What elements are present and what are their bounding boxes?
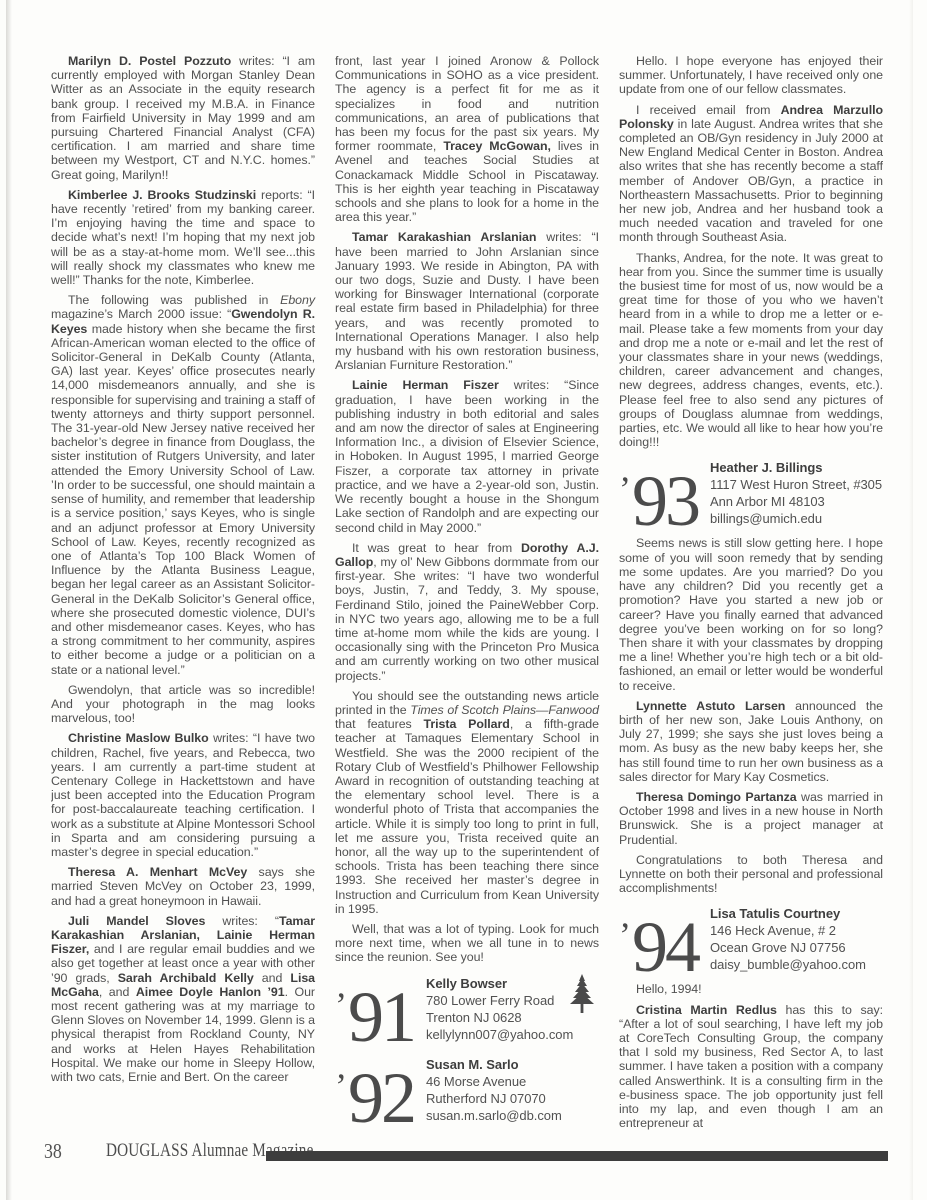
paragraph: Christine Maslow Bulko writes: “I have t… [51,731,315,859]
body-text: and [254,971,291,985]
body-text: has this to say: “After a lot of soul se… [619,1003,883,1131]
class-year-apostrophe: ’ [335,985,347,1025]
class-year-numeral: ’92 [335,1057,414,1127]
class-correspondent: Heather J. Billings1117 West Huron Stree… [710,458,882,527]
alumna-name: Theresa A. Menhart McVey [68,865,247,879]
body-text: Well, that was a lot of typing. Look for… [335,922,599,964]
alumna-name: Aimee Doyle Hanlon ’91 [136,985,285,999]
class-year-numeral: ’94 [619,906,698,976]
text-column-3: Hello. I hope everyone has enjoyed their… [619,54,883,1146]
body-text: , and [99,985,136,999]
body-text: , my ol’ New Gibbons dormmate from our f… [335,555,599,683]
correspondent-name: Heather J. Billings [710,459,882,476]
body-text: writes: “I am currently employed with Mo… [51,54,315,182]
correspondent-address-line: Ocean Grove NJ 07756 [710,939,866,956]
body-text: Gwendolyn, that article was so incredibl… [51,683,315,725]
correspondent-address-line: 46 Morse Avenue [426,1073,562,1090]
paragraph: Congratulations to both Theresa and Lynn… [619,853,883,896]
alumna-name: Lainie Herman Fiszer [352,378,499,392]
alumna-name: Marilyn D. Postel Pozzuto [68,54,231,68]
body-text: The following was published in [68,293,280,307]
alumna-name: Cristina Martin Redlus [636,1003,777,1017]
body-text: magazine’s March 2000 issue: “ [51,307,231,321]
paragraph: Seems news is still slow getting here. I… [619,536,883,692]
alumna-name: Sarah Archibald Kelly [118,971,254,985]
body-text: Seems news is still slow getting here. I… [619,536,883,692]
correspondent-address-line: susan.m.sarlo@db.com [426,1107,562,1124]
correspondent-name: Kelly Bowser [426,975,573,992]
paragraph: Juli Mandel Sloves writes: “Tamar Karaka… [51,914,315,1084]
class-year-block-93: ’93Heather J. Billings1117 West Huron St… [619,458,883,530]
body-text: Thanks, Andrea, for the note. It was gre… [619,251,883,450]
footer-rule-bar [266,1151,888,1161]
alumna-name: Theresa Domingo Partanza [636,790,797,804]
page-number: 38 [44,1139,62,1164]
paragraph: Marilyn D. Postel Pozzuto writes: “I am … [51,54,315,182]
paragraph: It was great to hear from Dorothy A.J. G… [335,541,599,683]
alumna-name: Lynnette Astuto Larsen [636,699,785,713]
body-text: writes: “ [205,914,279,928]
paragraph: Hello. I hope everyone has enjoyed their… [619,54,883,97]
correspondent-address-line: Trenton NJ 0628 [426,1009,573,1026]
paragraph: Tamar Karakashian Arslanian writes: “I h… [335,230,599,372]
paragraph: Theresa A. Menhart McVey says she marrie… [51,865,315,908]
pine-tree-icon [567,974,597,1021]
paragraph: Cristina Martin Redlus has this to say: … [619,1003,883,1131]
correspondent-address-line: Rutherford NJ 07070 [426,1090,562,1107]
class-correspondent: Lisa Tatulis Courtney146 Heck Avenue, # … [710,904,866,973]
class-year-numeral: ’91 [335,976,414,1046]
body-text: , a fifth-grade teacher at Tamaques Elem… [335,717,599,916]
class-correspondent: Susan M. Sarlo46 Morse AvenueRutherford … [426,1055,562,1124]
body-text: made history when she became the first A… [51,322,315,677]
class-year-apostrophe: ’ [619,469,631,509]
paragraph: Well, that was a lot of typing. Look for… [335,922,599,965]
class-year-numeral: ’93 [619,460,698,530]
paragraph: Kimberlee J. Brooks Studzinski reports: … [51,188,315,287]
body-text: Congratulations to both Theresa and Lynn… [619,853,883,895]
class-correspondent: Kelly Bowser780 Lower Ferry RoadTrenton … [426,974,573,1043]
alumna-name: Kimberlee J. Brooks Studzinski [68,188,256,202]
class-notes-columns: Marilyn D. Postel Pozzuto writes: “I am … [51,54,883,1146]
body-text: I received email from [636,103,781,117]
body-text: writes: “Since graduation, I have been w… [335,378,599,534]
alumna-name: Tracey McGowan, [443,139,551,153]
paragraph: You should see the outstanding news arti… [335,689,599,916]
correspondent-address-line: 146 Heck Avenue, # 2 [710,922,866,939]
text-column-2: front, last year I joined Aronow & Pollo… [335,54,599,1146]
publication-title: Ebony [280,293,315,307]
correspondent-address-line: billings@umich.edu [710,510,882,527]
alumna-name: Juli Mandel Sloves [68,914,205,928]
body-text: in late August. Andrea writes that she c… [619,117,883,245]
class-year-block-94: ’94Lisa Tatulis Courtney146 Heck Avenue,… [619,904,883,976]
paragraph: The following was published in Ebony mag… [51,293,315,676]
paragraph: Thanks, Andrea, for the note. It was gre… [619,251,883,450]
body-text: writes: “I have two children, Rachel, fi… [51,731,315,859]
alumna-name: Christine Maslow Bulko [68,731,209,745]
alumna-name: Trista Pollard [424,717,510,731]
correspondent-name: Susan M. Sarlo [426,1056,562,1073]
correspondent-address-line: kellylynn007@yahoo.com [426,1026,573,1043]
paragraph: Theresa Domingo Partanza was married in … [619,790,883,847]
body-text: It was great to hear from [352,541,521,555]
correspondent-name: Lisa Tatulis Courtney [710,905,866,922]
scan-page-edge-left [6,0,12,1200]
class-year-block-91: ’91Kelly Bowser780 Lower Ferry RoadTrent… [335,974,599,1046]
body-text: . Our most recent gathering was at my ma… [51,985,315,1084]
alumna-name: Tamar Karakashian Arslanian [352,230,536,244]
scan-page-edge-right [909,0,913,1200]
paragraph: Lainie Herman Fiszer writes: “Since grad… [335,378,599,534]
body-text: Hello. I hope everyone has enjoyed their… [619,54,883,96]
magazine-page: { "footer": { "page_number": "38", "maga… [0,0,927,1200]
class-year-apostrophe: ’ [619,915,631,955]
correspondent-address-line: 780 Lower Ferry Road [426,992,573,1009]
class-year-apostrophe: ’ [335,1066,347,1106]
correspondent-address-line: Ann Arbor MI 48103 [710,493,882,510]
paragraph: Gwendolyn, that article was so incredibl… [51,683,315,726]
paragraph: I received email from Andrea Marzullo Po… [619,103,883,245]
paragraph: Lynnette Astuto Larsen announced the bir… [619,699,883,784]
correspondent-address-line: daisy_bumble@yahoo.com [710,956,866,973]
class-year-block-92: ’92Susan M. Sarlo46 Morse AvenueRutherfo… [335,1055,599,1127]
paragraph: front, last year I joined Aronow & Pollo… [335,54,599,224]
body-text: reports: “I have recently ’retired’ from… [51,188,315,287]
publication-title: Times of Scotch Plains—Fanwood [410,703,599,717]
text-column-1: Marilyn D. Postel Pozzuto writes: “I am … [51,54,315,1146]
correspondent-address-line: 1117 West Huron Street, #305 [710,476,882,493]
body-text: that features [335,717,424,731]
body-text: writes: “I have been married to John Ars… [335,230,599,372]
